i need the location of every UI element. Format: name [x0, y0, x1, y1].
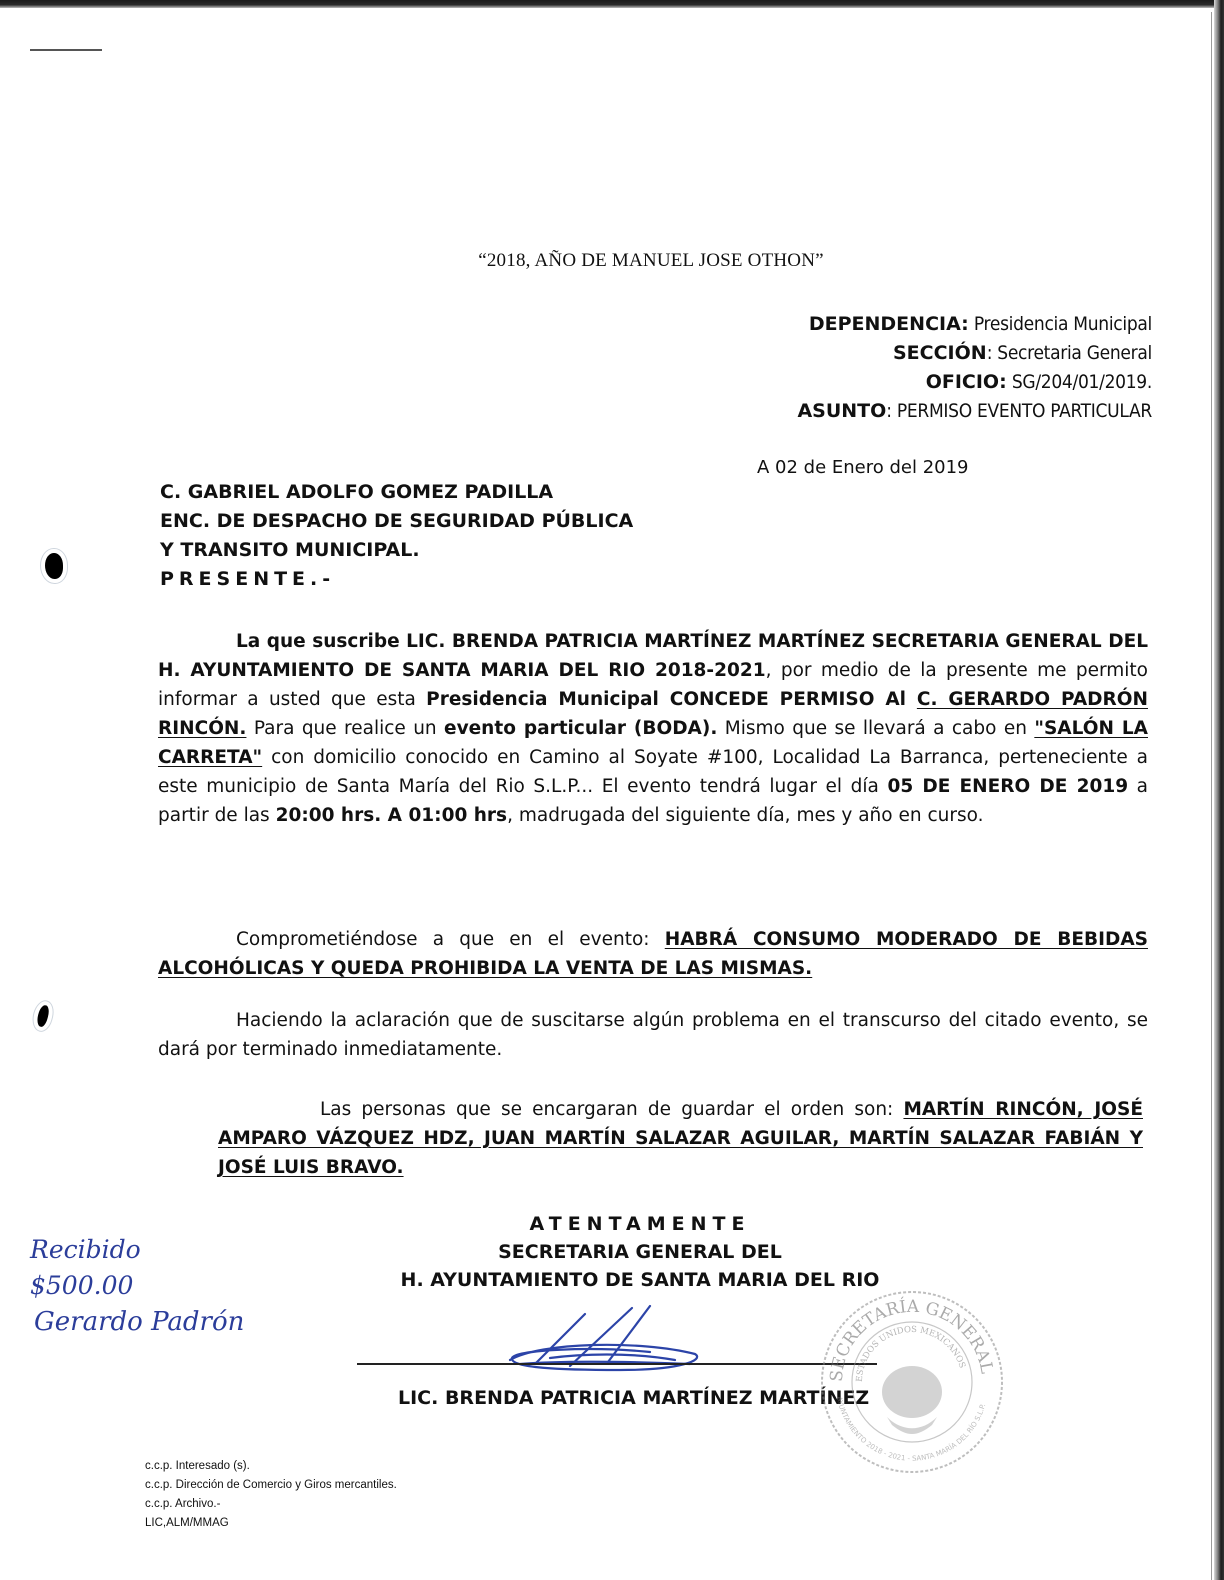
handwritten-received: Recibido — [30, 1232, 244, 1268]
addressee-name: C. GABRIEL ADOLFO GOMEZ PADILLA — [160, 478, 633, 507]
handwritten-receipt-note: Recibido $500.00 Gerardo Padrón — [30, 1232, 244, 1340]
oficio-row: OFICIO: SG/204/01/2019. — [797, 368, 1152, 397]
document-date: A 02 de Enero del 2019 — [757, 457, 969, 478]
year-motto: “2018, AÑO DE MANUEL JOSE OTHON” — [0, 250, 1224, 272]
punch-hole-icon — [45, 553, 63, 579]
asunto-row: ASUNTO: PERMISO EVENTO PARTICULAR — [797, 397, 1152, 426]
event-date: 05 DE ENERO DE 2019 — [888, 776, 1129, 797]
scan-edge-right — [1214, 0, 1224, 1580]
addressee-title-cont: Y TRANSITO MUNICIPAL. — [160, 536, 633, 565]
ccp-item: c.c.p. Archivo.- — [145, 1495, 397, 1514]
atentamente: ATENTAMENTE — [360, 1210, 920, 1238]
scan-edge-top — [0, 0, 1224, 8]
handwritten-amount: $500.00 — [30, 1268, 244, 1304]
body-paragraph-1: La que suscribe LIC. BRENDA PATRICIA MAR… — [158, 627, 1148, 830]
ccp-item: c.c.p. Interesado (s). — [145, 1457, 397, 1476]
pencil-mark — [30, 49, 102, 51]
signature-icon — [500, 1302, 710, 1382]
body-paragraph-3: Haciendo la aclaración que de suscitarse… — [158, 1006, 1148, 1064]
signature-line — [357, 1363, 877, 1365]
seccion-row: SECCIÓN: Secretaria General — [797, 339, 1152, 368]
body-paragraph-2: Comprometiéndose a que en el evento: HAB… — [158, 925, 1148, 983]
closing-block: ATENTAMENTE SECRETARIA GENERAL DEL H. AY… — [360, 1210, 920, 1294]
body-paragraph-4: Las personas que se encargaran de guarda… — [218, 1095, 1143, 1182]
punch-hole-icon — [35, 1004, 50, 1028]
event-hours: 20:00 hrs. A 01:00 hrs — [276, 805, 508, 826]
document-header: DEPENDENCIA: Presidencia Municipal SECCI… — [797, 310, 1152, 426]
ccp-item: c.c.p. Dirección de Comercio y Giros mer… — [145, 1476, 397, 1495]
addressee-title: ENC. DE DESPACHO DE SEGURIDAD PÚBLICA — [160, 507, 633, 536]
handwritten-name: Gerardo Padrón — [34, 1304, 244, 1340]
page-edge-line — [1211, 12, 1212, 1580]
dependencia-row: DEPENDENCIA: Presidencia Municipal — [797, 310, 1152, 339]
presente: PRESENTE.- — [160, 565, 633, 594]
closing-office: SECRETARIA GENERAL DEL — [360, 1238, 920, 1266]
carbon-copy-list: c.c.p. Interesado (s). c.c.p. Dirección … — [145, 1457, 397, 1533]
ccp-initials: LIC,ALM/MMAG — [145, 1514, 397, 1533]
addressee-block: C. GABRIEL ADOLFO GOMEZ PADILLA ENC. DE … — [160, 478, 633, 594]
official-seal-icon: SECRETARÍA GENERAL ESTADOS UNIDOS MEXICA… — [817, 1287, 1007, 1477]
signer-name: LIC. BRENDA PATRICIA MARTÍNEZ MARTÍNEZ — [398, 1387, 869, 1409]
